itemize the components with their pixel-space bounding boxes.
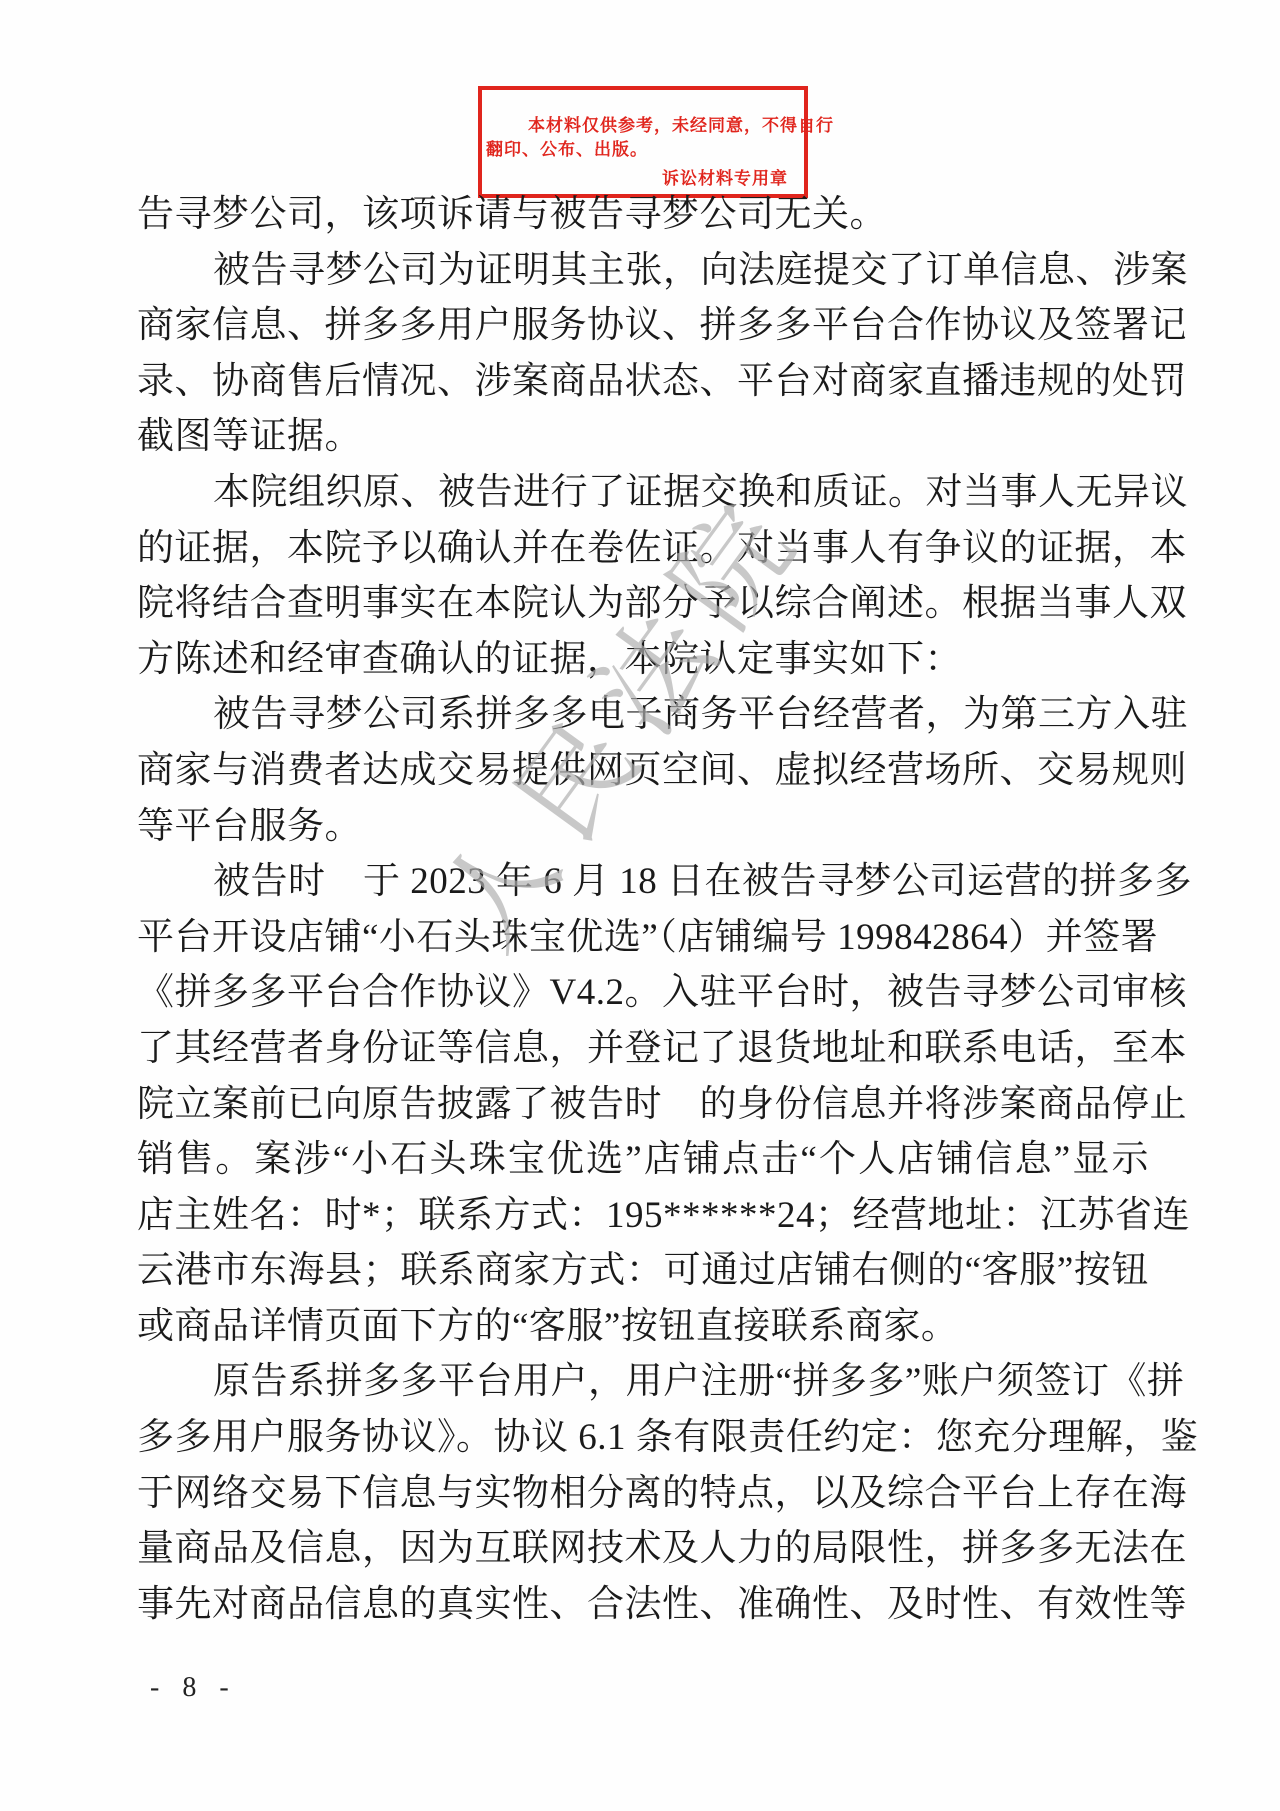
stamp-line2: 翻印、公布、出版。 bbox=[482, 138, 804, 161]
body-line: 云港市东海县；联系商家方式：可通过店铺右侧的“客服”按钮 bbox=[137, 1243, 1149, 1299]
body-line: 事先对商品信息的真实性、合法性、准确性、及时性、有效性等 bbox=[137, 1577, 1149, 1633]
body-line: 销售。案涉“小石头珠宝优选”店铺点击“个人店铺信息”显示 bbox=[137, 1132, 1149, 1188]
body-line: 平台开设店铺“小石头珠宝优选”（店铺编号 199842864）并签署 bbox=[137, 910, 1149, 966]
page-number: - 8 - bbox=[150, 1672, 237, 1704]
body-line: 本院组织原、被告进行了证据交换和质证。对当事人无异议 bbox=[137, 465, 1149, 521]
body-line: 录、协商售后情况、涉案商品状态、平台对商家直播违规的处罚 bbox=[137, 354, 1149, 410]
stamp-line1: 本材料仅供参考，未经同意，不得自行 bbox=[482, 114, 804, 137]
body-line: 被告时 于 2023 年 6 月 18 日在被告寻梦公司运营的拼多多 bbox=[137, 854, 1149, 910]
body-line: 商家信息、拼多多用户服务协议、拼多多平台合作协议及签署记 bbox=[137, 298, 1149, 354]
body-line: 或商品详情页面下方的“客服”按钮直接联系商家。 bbox=[137, 1299, 1149, 1355]
body-line: 多多用户服务协议》。协议 6.1 条有限责任约定：您充分理解，鉴 bbox=[137, 1410, 1149, 1466]
body-line: 院将结合查明事实在本院认为部分予以综合阐述。根据当事人双 bbox=[137, 576, 1149, 632]
body-line: 方陈述和经审查确认的证据，本院认定事实如下： bbox=[137, 632, 1149, 688]
body-text: 告寻梦公司，该项诉请与被告寻梦公司无关。被告寻梦公司为证明其主张，向法庭提交了订… bbox=[137, 187, 1149, 1632]
body-line: 院立案前已向原告披露了被告时 的身份信息并将涉案商品停止 bbox=[137, 1077, 1149, 1133]
body-line: 《拼多多平台合作协议》V4.2。入驻平台时，被告寻梦公司审核 bbox=[137, 965, 1149, 1021]
body-line: 告寻梦公司，该项诉请与被告寻梦公司无关。 bbox=[137, 187, 1149, 243]
body-line: 截图等证据。 bbox=[137, 409, 1149, 465]
body-line: 商家与消费者达成交易提供网页空间、虚拟经营场所、交易规则 bbox=[137, 743, 1149, 799]
body-line: 被告寻梦公司为证明其主张，向法庭提交了订单信息、涉案 bbox=[137, 243, 1149, 299]
document-page: 本材料仅供参考，未经同意，不得自行 翻印、公布、出版。 诉讼材料专用章 人民法院… bbox=[0, 0, 1280, 1811]
body-line: 等平台服务。 bbox=[137, 799, 1149, 855]
body-line: 了其经营者身份证等信息，并登记了退货地址和联系电话，至本 bbox=[137, 1021, 1149, 1077]
confidential-stamp: 本材料仅供参考，未经同意，不得自行 翻印、公布、出版。 诉讼材料专用章 bbox=[478, 86, 808, 198]
body-line: 于网络交易下信息与实物相分离的特点，以及综合平台上存在海 bbox=[137, 1466, 1149, 1522]
body-line: 店主姓名：时*；联系方式：195******24；经营地址：江苏省连 bbox=[137, 1188, 1149, 1244]
body-line: 被告寻梦公司系拼多多电子商务平台经营者，为第三方入驻 bbox=[137, 687, 1149, 743]
body-line: 的证据，本院予以确认并在卷佐证。对当事人有争议的证据，本 bbox=[137, 521, 1149, 577]
body-line: 量商品及信息，因为互联网技术及人力的局限性，拼多多无法在 bbox=[137, 1521, 1149, 1577]
body-line: 原告系拼多多平台用户，用户注册“拼多多”账户须签订《拼 bbox=[137, 1354, 1149, 1410]
